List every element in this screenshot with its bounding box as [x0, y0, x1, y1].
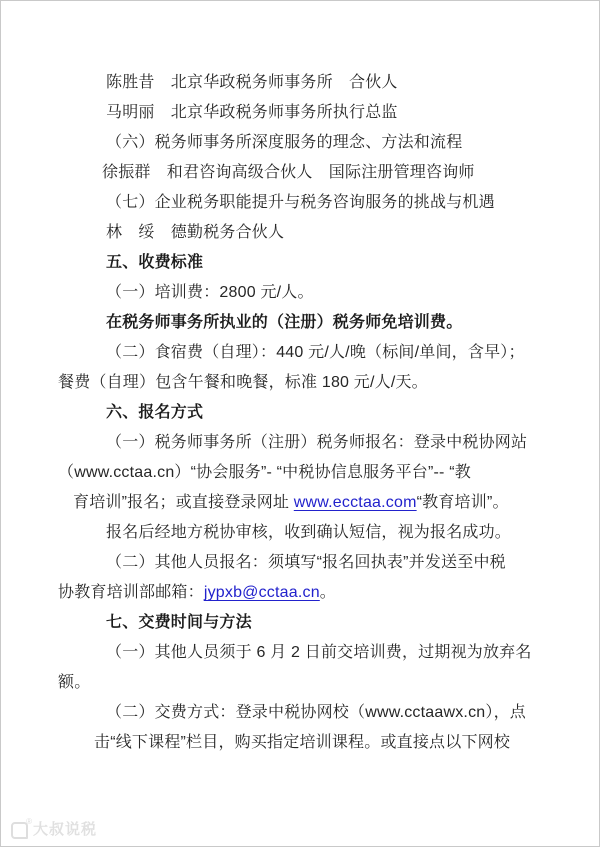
topic-line: （六）税务师事务所深度服务的理念、方法和流程: [58, 128, 544, 158]
paragraph-line: 餐费（自理）包含午餐和晚餐，标准 180 元/人/天。: [58, 368, 544, 398]
text-segment: “教育培训”。: [417, 494, 509, 511]
email-link-jypxb[interactable]: jypxb@cctaa.cn: [204, 584, 320, 601]
website-link-ecctaa[interactable]: www.ecctaa.com: [294, 494, 417, 511]
section-heading-fees: 五、收费标准: [58, 248, 544, 278]
text-segment: （一）其他人员须于 6 月 2 日前交培训费，过期视为放弃名: [106, 644, 532, 661]
text-segment: 报名后经地方税协审核，收到确认短信，视为报名成功。: [106, 524, 511, 541]
text-segment: 林 绥 德勤税务合伙人: [106, 224, 284, 241]
text-segment: 七、交费时间与方法: [106, 614, 252, 631]
text-segment: （二）交费方式：登录中税协网校（www.cctaawx.cn），点: [106, 704, 526, 721]
text-segment: 徐振群 和君咨询高级合伙人 国际注册管理咨询师: [102, 164, 475, 181]
text-segment: （二）食宿费（自理）：440 元/人/晚（标间/单间，含早）；: [106, 344, 525, 361]
text-segment: 额。: [58, 674, 90, 691]
paragraph-line: （二）交费方式：登录中税协网校（www.cctaawx.cn），点: [58, 698, 544, 728]
speaker-line: 林 绥 德勤税务合伙人: [58, 218, 544, 248]
speaker-line: 徐振群 和君咨询高级合伙人 国际注册管理咨询师: [58, 158, 544, 188]
text-segment: 在税务师事务所执业的（注册）税务师免培训费。: [106, 314, 462, 331]
paragraph-line-emphasis: 在税务师事务所执业的（注册）税务师免培训费。: [58, 308, 544, 338]
paragraph-line: （www.cctaa.cn）“协会服务”- “中税协信息服务平台”-- “教: [58, 458, 544, 488]
text-segment: 陈胜昔 北京华政税务师事务所 合伙人: [106, 74, 398, 91]
text-segment: 餐费（自理）包含午餐和晚餐，标准 180 元/人/天。: [58, 374, 428, 391]
document-page: 陈胜昔 北京华政税务师事务所 合伙人马明丽 北京华政税务师事务所执行总监（六）税…: [0, 0, 600, 847]
text-segment: 协教育培训部邮箱：: [58, 584, 204, 601]
section-heading-registration: 六、报名方式: [58, 398, 544, 428]
text-segment: （一）税务师事务所（注册）税务师报名：登录中税协网站: [106, 434, 527, 451]
paragraph-line: （一）培训费：2800 元/人。: [58, 278, 544, 308]
text-segment: 六、报名方式: [106, 404, 203, 421]
paragraph-line: （二）食宿费（自理）：440 元/人/晚（标间/单间，含早）；: [58, 338, 544, 368]
speaker-line: 马明丽 北京华政税务师事务所执行总监: [58, 98, 544, 128]
topic-line: （七）企业税务职能提升与税务咨询服务的挑战与机遇: [58, 188, 544, 218]
watermark-text: 大叔说税: [33, 818, 97, 839]
text-segment: （www.cctaa.cn）“协会服务”- “中税协信息服务平台”-- “教: [58, 464, 471, 481]
text-segment: 马明丽 北京华政税务师事务所执行总监: [106, 104, 398, 121]
speaker-line: 陈胜昔 北京华政税务师事务所 合伙人: [58, 68, 544, 98]
paragraph-line: （一）其他人员须于 6 月 2 日前交培训费，过期视为放弃名: [58, 638, 544, 668]
paragraph-line: （二）其他人员报名：须填写“报名回执表”并发送至中税: [58, 548, 544, 578]
paragraph-line-with-link: 育培训”报名；或直接登录网址 www.ecctaa.com“教育培训”。: [58, 488, 544, 518]
paragraph-line: 报名后经地方税协审核，收到确认短信，视为报名成功。: [58, 518, 544, 548]
watermark-logo-icon: ®: [11, 820, 29, 838]
section-heading-payment: 七、交费时间与方法: [58, 608, 544, 638]
watermark: ® 大叔说税: [11, 818, 97, 839]
text-segment: （二）其他人员报名：须填写“报名回执表”并发送至中税: [106, 554, 506, 571]
text-segment: （一）培训费：2800 元/人。: [106, 284, 314, 301]
paragraph-line: （一）税务师事务所（注册）税务师报名：登录中税协网站: [58, 428, 544, 458]
document-content: 陈胜昔 北京华政税务师事务所 合伙人马明丽 北京华政税务师事务所执行总监（六）税…: [58, 68, 544, 758]
registered-trademark-icon: ®: [26, 817, 32, 826]
paragraph-line-with-link: 协教育培训部邮箱：jypxb@cctaa.cn。: [58, 578, 544, 608]
text-segment: 。: [320, 584, 336, 601]
text-segment: 育培训”报名；或直接登录网址: [73, 494, 294, 511]
text-segment: 五、收费标准: [106, 254, 203, 271]
text-segment: （七）企业税务职能提升与税务咨询服务的挑战与机遇: [106, 194, 495, 211]
paragraph-line: 额。: [58, 668, 544, 698]
paragraph-line: 击“线下课程”栏目，购买指定培训课程。或直接点以下网校: [58, 728, 544, 758]
text-segment: （六）税务师事务所深度服务的理念、方法和流程: [106, 134, 462, 151]
text-segment: 击“线下课程”栏目，购买指定培训课程。或直接点以下网校: [94, 734, 510, 751]
